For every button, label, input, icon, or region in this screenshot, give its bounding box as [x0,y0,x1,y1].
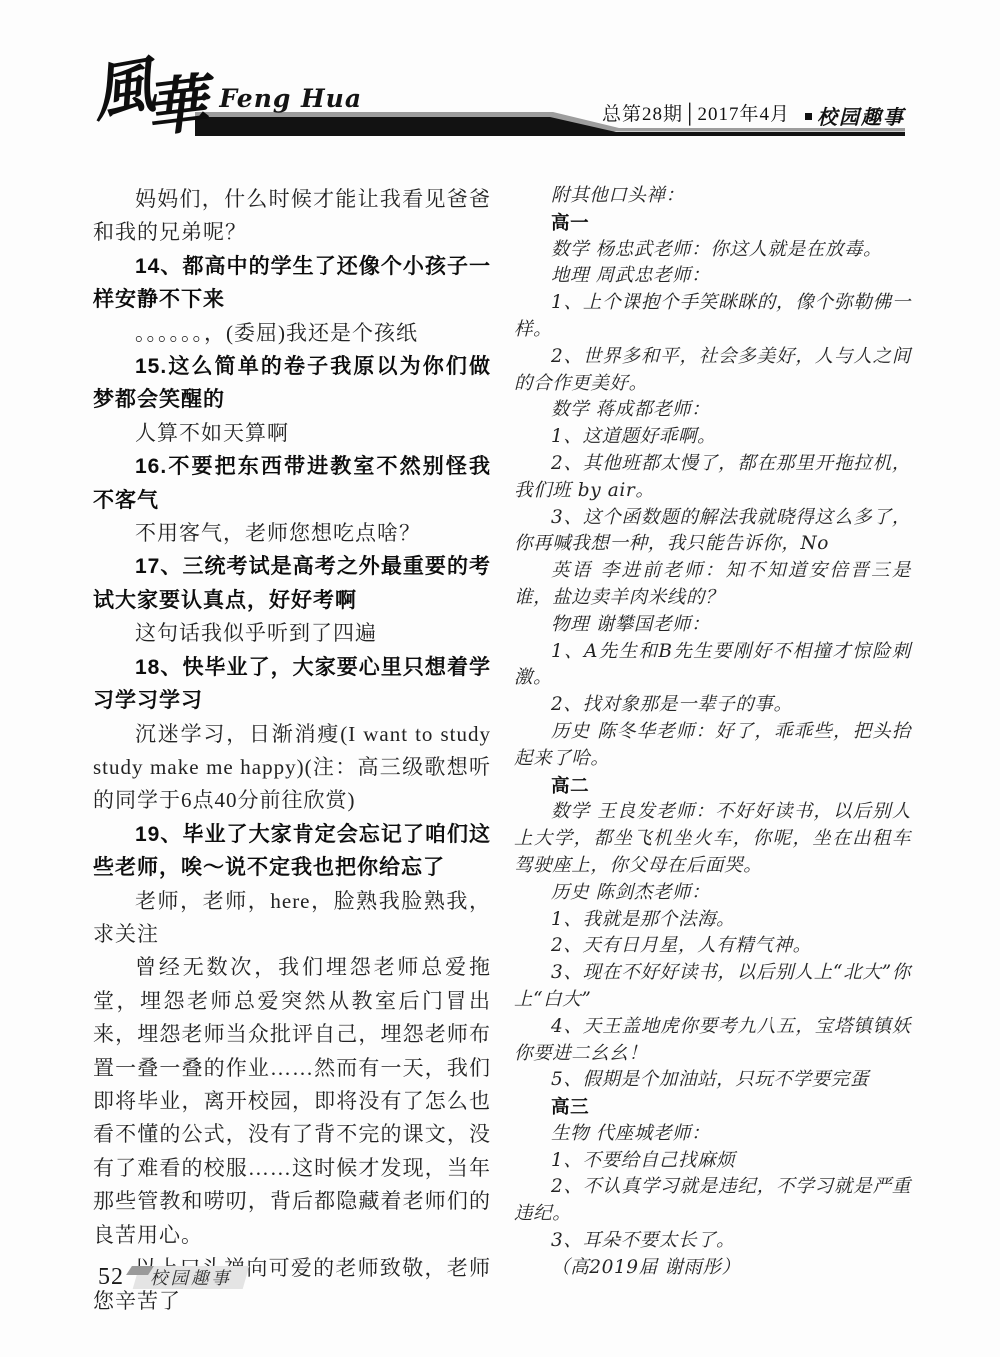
paragraph: 2、世界多和平，社会多美好，人与人之间的合作更美好。 [514,344,911,398]
square-bullet-icon [805,113,812,120]
paragraph: 2、找对象那是一辈子的事。 [514,692,911,719]
paragraph: 16.不要把东西带进教室不然别怪我不客气 [93,450,491,517]
header-meta: 总第28期│2017年4月 校园趣事 [602,99,905,127]
left-column: 妈妈们，什么时候才能让我看见爸爸和我的兄弟呢？14、都高中的学生了还像个小孩子一… [93,183,491,1319]
paragraph: （高2019届 谢雨彤） [514,1255,911,1282]
paragraph: 1、这道题好乖啊。 [514,424,911,451]
paragraph: 人算不如天算啊 [93,417,491,450]
page-number: 52 [98,1264,124,1291]
paragraph: 不用客气，老师您想吃点啥？ [93,517,491,550]
paragraph: 生物 代座城老师： [514,1121,911,1148]
paragraph: 19、毕业了大家肯定会忘记了咱们这些老师，唉～说不定我也把你给忘了 [93,818,491,885]
footer-section-label: 校园趣事 [150,1265,232,1290]
paragraph: 物理 谢攀国老师： [514,612,911,639]
paragraph: 15.这么简单的卷子我原以为你们做梦都会笑醒的 [93,350,491,417]
paragraph: 历史 陈冬华老师：好了，乖乖些，把头抬起来了哈。 [514,719,911,773]
header-section-tag: 校园趣事 [805,101,905,130]
right-column: 附其他口头禅：高一数学 杨忠武老师：你这人就是在放毒。地理 周武忠老师：1、上个… [514,183,911,1282]
paragraph: 附其他口头禅： [514,183,911,210]
issue-info: 总第28期│2017年4月 [602,99,790,126]
paragraph: 数学 杨忠武老师：你这人就是在放毒。 [514,237,911,264]
paragraph: 沉迷学习，日渐消瘦(I want to study study make me … [93,718,491,818]
magazine-logo-latin: · Feng Hua [200,84,362,113]
paragraph: 地理 周武忠老师： [514,263,911,290]
paragraph: 14、都高中的学生了还像个小孩子一样安静不下来 [93,250,491,317]
paragraph: 2、其他班都太慢了，都在那里开拖拉机，我们班 by air。 [514,451,911,505]
logo-char-2: 華 [142,73,201,141]
paragraph: 2、不认真学习就是违纪，不学习就是严重违纪。 [514,1174,911,1228]
paragraph: 。。。。。。，(委屈)我还是个孩纸 [93,317,491,350]
paragraph: 1、A先生和B先生要刚好不相撞才惊险刺激。 [514,639,911,693]
paragraph: 老师，老师，here，脸熟我脸熟我，求关注 [93,885,491,952]
page-footer: 52 校园趣事 [98,1264,246,1291]
paragraph: 妈妈们，什么时候才能让我看见爸爸和我的兄弟呢？ [93,183,491,250]
paragraph: 1、不要给自己找麻烦 [514,1148,911,1175]
footer-section-tag: 校园趣事 [133,1266,250,1289]
paragraph: 4、天王盖地虎你要考九八五，宝塔镇镇妖你要进二幺幺！ [514,1014,911,1068]
logo-char-1: 風 [87,56,149,126]
paragraph: 1、我就是那个法海。 [514,907,911,934]
paragraph: 数学 王良发老师：不好好读书，以后别人上大学，都坐飞机坐火车，你呢，坐在出租车驾… [514,799,911,879]
paragraph: 3、耳朵不要太长了。 [514,1228,911,1255]
magazine-logo: 風華 [90,54,198,123]
paragraph: 曾经无数次，我们埋怨老师总爱拖堂，埋怨老师总爱突然从教室后门冒出来，埋怨老师当众… [93,951,491,1252]
header-section-label: 校园趣事 [817,101,905,130]
paragraph: 高三 [514,1094,911,1121]
paragraph: 3、现在不好好读书，以后别人上“北大”你上“白大” [514,960,911,1014]
magazine-page: 風華 · Feng Hua 总第28期│2017年4月 校园趣事 妈妈们，什么时… [0,0,1000,1357]
paragraph: 1、上个课抱个手笑眯眯的，像个弥勒佛一样。 [514,290,911,344]
paragraph: 18、快毕业了，大家要心里只想着学习学习学习 [93,651,491,718]
paragraph: 高二 [514,773,911,800]
paragraph: 3、这个函数题的解法我就晓得这么多了，你再喊我想一种，我只能告诉你，No [514,505,911,559]
paragraph: 2、天有日月星，人有精气神。 [514,933,911,960]
paragraph: 数学 蒋成都老师： [514,397,911,424]
paragraph: 5、假期是个加油站，只玩不学要完蛋 [514,1067,911,1094]
paragraph: 高一 [514,210,911,237]
paragraph: 这句话我似乎听到了四遍 [93,617,491,650]
paragraph: 历史 陈剑杰老师： [514,880,911,907]
paragraph: 17、三统考试是高考之外最重要的考试大家要认真点，好好考啊 [93,550,491,617]
paragraph: 英语 李进前老师：知不知道安倍晋三是谁，盐边卖羊肉米线的？ [514,558,911,612]
